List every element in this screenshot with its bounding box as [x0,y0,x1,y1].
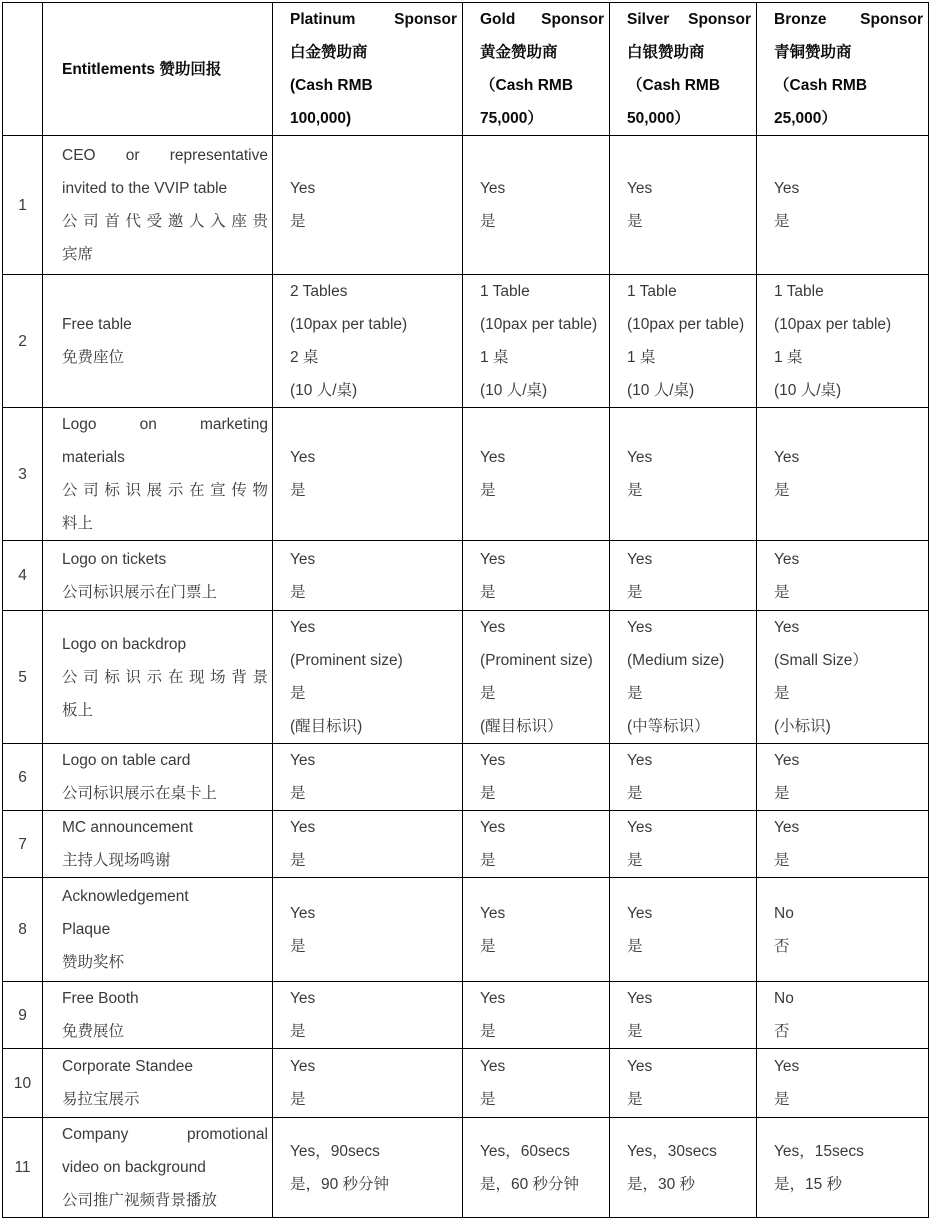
gold-sponsor-name: Gold Sponsor [480,3,604,36]
row-number: 5 [3,611,43,744]
gold-value-cell: Yes 是 [463,541,610,611]
silver-sponsor-name-zh: 白银赞助商 [627,36,751,69]
table-row: 6Logo on table card公司标识展示在桌卡上Yes 是Yes 是Y… [3,744,929,811]
table-row: 11Company promotionalvideo on background… [3,1118,929,1218]
column-header-entitlements: Entitlements 赞助回报 [43,3,273,136]
bronze-value-cell: No 否 [757,982,929,1049]
entitlement-text-zh: 公司标识展示在桌卡上 [62,777,268,810]
bronze-sponsor-cash: （Cash RMB 25,000） [774,69,923,135]
table-row: 7MC announcement主持人现场鸣谢Yes 是Yes 是Yes 是Ye… [3,811,929,878]
gold-value-cell: Yes 是 [463,744,610,811]
entitlement-text-en: AcknowledgementPlaque [62,880,268,946]
entitlement-text-en: Corporate Standee [62,1050,268,1083]
platinum-value-cell: Yes 是 [273,878,463,982]
platinum-value-cell: Yes 是 [273,541,463,611]
table-row: 8AcknowledgementPlaque赞助奖杯Yes 是Yes 是Yes … [3,878,929,982]
gold-value-cell: Yes，60secs 是，60 秒分钟 [463,1118,610,1218]
entitlement-cell: Free table免费座位 [43,275,273,408]
silver-value-cell: Yes 是 [610,811,757,878]
platinum-value-cell: Yes 是 [273,811,463,878]
entitlement-cell: CEO or representativeinvited to the VVIP… [43,136,273,275]
gold-value-cell: 1 Table (10pax per table) 1 桌 (10 人/桌) [463,275,610,408]
entitlement-text-zh: 主持人现场鸣谢 [62,844,268,877]
entitlement-text-zh: 公司标识示在现场背景板上 [62,661,268,727]
silver-value-cell: Yes 是 [610,878,757,982]
gold-value-cell: Yes 是 [463,136,610,275]
row-number: 7 [3,811,43,878]
bronze-sponsor-name: Bronze Sponsor [774,3,923,36]
column-header-gold: Gold Sponsor 黄金赞助商 （Cash RMB 75,000） [463,3,610,136]
entitlement-text-en: Company promotionalvideo on background [62,1118,268,1184]
entitlement-cell: Free Booth免费展位 [43,982,273,1049]
platinum-sponsor-name: Platinum Sponsor [290,3,457,36]
entitlement-text-en: Logo on tickets [62,543,268,576]
entitlement-text-en: MC announcement [62,811,268,844]
row-number: 2 [3,275,43,408]
bronze-value-cell: Yes 是 [757,136,929,275]
table-row: 10Corporate Standee易拉宝展示Yes 是Yes 是Yes 是Y… [3,1049,929,1118]
bronze-value-cell: Yes，15secs 是，15 秒 [757,1118,929,1218]
gold-value-cell: Yes 是 [463,878,610,982]
silver-value-cell: Yes (Medium size) 是 (中等标识） [610,611,757,744]
entitlement-cell: Logo on marketingmaterials公司标识展示在宣传物料上 [43,408,273,541]
row-number: 10 [3,1049,43,1118]
bronze-value-cell: Yes 是 [757,541,929,611]
platinum-value-cell: Yes，90secs 是，90 秒分钟 [273,1118,463,1218]
platinum-sponsor-name-zh: 白金赞助商 [290,36,457,69]
gold-value-cell: Yes 是 [463,408,610,541]
entitlement-text-zh: 公司推广视频背景播放 [62,1184,268,1217]
bronze-value-cell: Yes (Small Size） 是 (小标识) [757,611,929,744]
silver-sponsor-name: Silver Sponsor [627,3,751,36]
entitlement-cell: Company promotionalvideo on background公司… [43,1118,273,1218]
entitlement-text-zh: 免费座位 [62,341,268,374]
entitlement-text-zh: 免费展位 [62,1015,268,1048]
column-header-bronze: Bronze Sponsor 青铜赞助商 （Cash RMB 25,000） [757,3,929,136]
entitlement-text-zh: 易拉宝展示 [62,1083,268,1116]
platinum-value-cell: Yes 是 [273,982,463,1049]
bronze-sponsor-name-zh: 青铜赞助商 [774,36,923,69]
row-number: 9 [3,982,43,1049]
table-row: 9Free Booth免费展位Yes 是Yes 是Yes 是No 否 [3,982,929,1049]
bronze-value-cell: Yes 是 [757,408,929,541]
column-header-platinum: Platinum Sponsor 白金赞助商 (Cash RMB 100,000… [273,3,463,136]
gold-sponsor-cash: （Cash RMB 75,000） [480,69,604,135]
platinum-value-cell: Yes 是 [273,744,463,811]
silver-value-cell: Yes 是 [610,744,757,811]
entitlement-text-zh: 公司首代受邀人入座贵宾席 [62,205,268,271]
entitlement-text-zh: 赞助奖杯 [62,946,268,979]
bronze-value-cell: Yes 是 [757,744,929,811]
entitlement-text-en: CEO or representativeinvited to the VVIP… [62,139,268,205]
gold-value-cell: Yes 是 [463,1049,610,1118]
bronze-value-cell: Yes 是 [757,1049,929,1118]
entitlement-text-en: Free Booth [62,982,268,1015]
silver-value-cell: Yes 是 [610,408,757,541]
bronze-value-cell: No 否 [757,878,929,982]
row-number: 1 [3,136,43,275]
row-number: 4 [3,541,43,611]
entitlement-text-en: Free table [62,308,268,341]
gold-sponsor-name-zh: 黄金赞助商 [480,36,604,69]
column-header-silver: Silver Sponsor 白银赞助商 （Cash RMB 50,000） [610,3,757,136]
entitlement-cell: AcknowledgementPlaque赞助奖杯 [43,878,273,982]
platinum-value-cell: Yes 是 [273,408,463,541]
header-row: Entitlements 赞助回报 Platinum Sponsor 白金赞助商… [3,3,929,136]
entitlement-text-zh: 公司标识展示在宣传物料上 [62,474,268,540]
gold-value-cell: Yes (Prominent size) 是 (醒目标识） [463,611,610,744]
platinum-value-cell: Yes 是 [273,136,463,275]
entitlement-text-en: Logo on table card [62,744,268,777]
silver-value-cell: Yes 是 [610,136,757,275]
bronze-value-cell: 1 Table (10pax per table) 1 桌 (10 人/桌) [757,275,929,408]
row-number: 6 [3,744,43,811]
entitlement-cell: Logo on backdrop公司标识示在现场背景板上 [43,611,273,744]
entitlement-text-en: Logo on backdrop [62,628,268,661]
platinum-sponsor-cash: (Cash RMB 100,000) [290,69,457,135]
corner-cell [3,3,43,136]
gold-value-cell: Yes 是 [463,982,610,1049]
gold-value-cell: Yes 是 [463,811,610,878]
row-number: 3 [3,408,43,541]
silver-value-cell: Yes 是 [610,541,757,611]
silver-value-cell: Yes，30secs 是，30 秒 [610,1118,757,1218]
row-number: 8 [3,878,43,982]
silver-value-cell: Yes 是 [610,1049,757,1118]
entitlement-cell: Corporate Standee易拉宝展示 [43,1049,273,1118]
bronze-value-cell: Yes 是 [757,811,929,878]
entitlement-cell: Logo on tickets公司标识展示在门票上 [43,541,273,611]
sponsorship-entitlements-table: Entitlements 赞助回报 Platinum Sponsor 白金赞助商… [2,2,929,1218]
table-row: 3Logo on marketingmaterials公司标识展示在宣传物料上Y… [3,408,929,541]
platinum-value-cell: Yes (Prominent size) 是 (醒目标识) [273,611,463,744]
row-number: 11 [3,1118,43,1218]
table-row: 1CEO or representativeinvited to the VVI… [3,136,929,275]
entitlement-cell: Logo on table card公司标识展示在桌卡上 [43,744,273,811]
table-row: 4Logo on tickets公司标识展示在门票上Yes 是Yes 是Yes … [3,541,929,611]
table-row: 2Free table免费座位2 Tables (10pax per table… [3,275,929,408]
table-row: 5Logo on backdrop公司标识示在现场背景板上Yes (Promin… [3,611,929,744]
entitlement-text-zh: 公司标识展示在门票上 [62,576,268,609]
silver-value-cell: Yes 是 [610,982,757,1049]
platinum-value-cell: Yes 是 [273,1049,463,1118]
entitlement-cell: MC announcement主持人现场鸣谢 [43,811,273,878]
silver-value-cell: 1 Table (10pax per table) 1 桌 (10 人/桌) [610,275,757,408]
silver-sponsor-cash: （Cash RMB 50,000） [627,69,751,135]
platinum-value-cell: 2 Tables (10pax per table) 2 桌 (10 人/桌) [273,275,463,408]
entitlement-text-en: Logo on marketingmaterials [62,408,268,474]
